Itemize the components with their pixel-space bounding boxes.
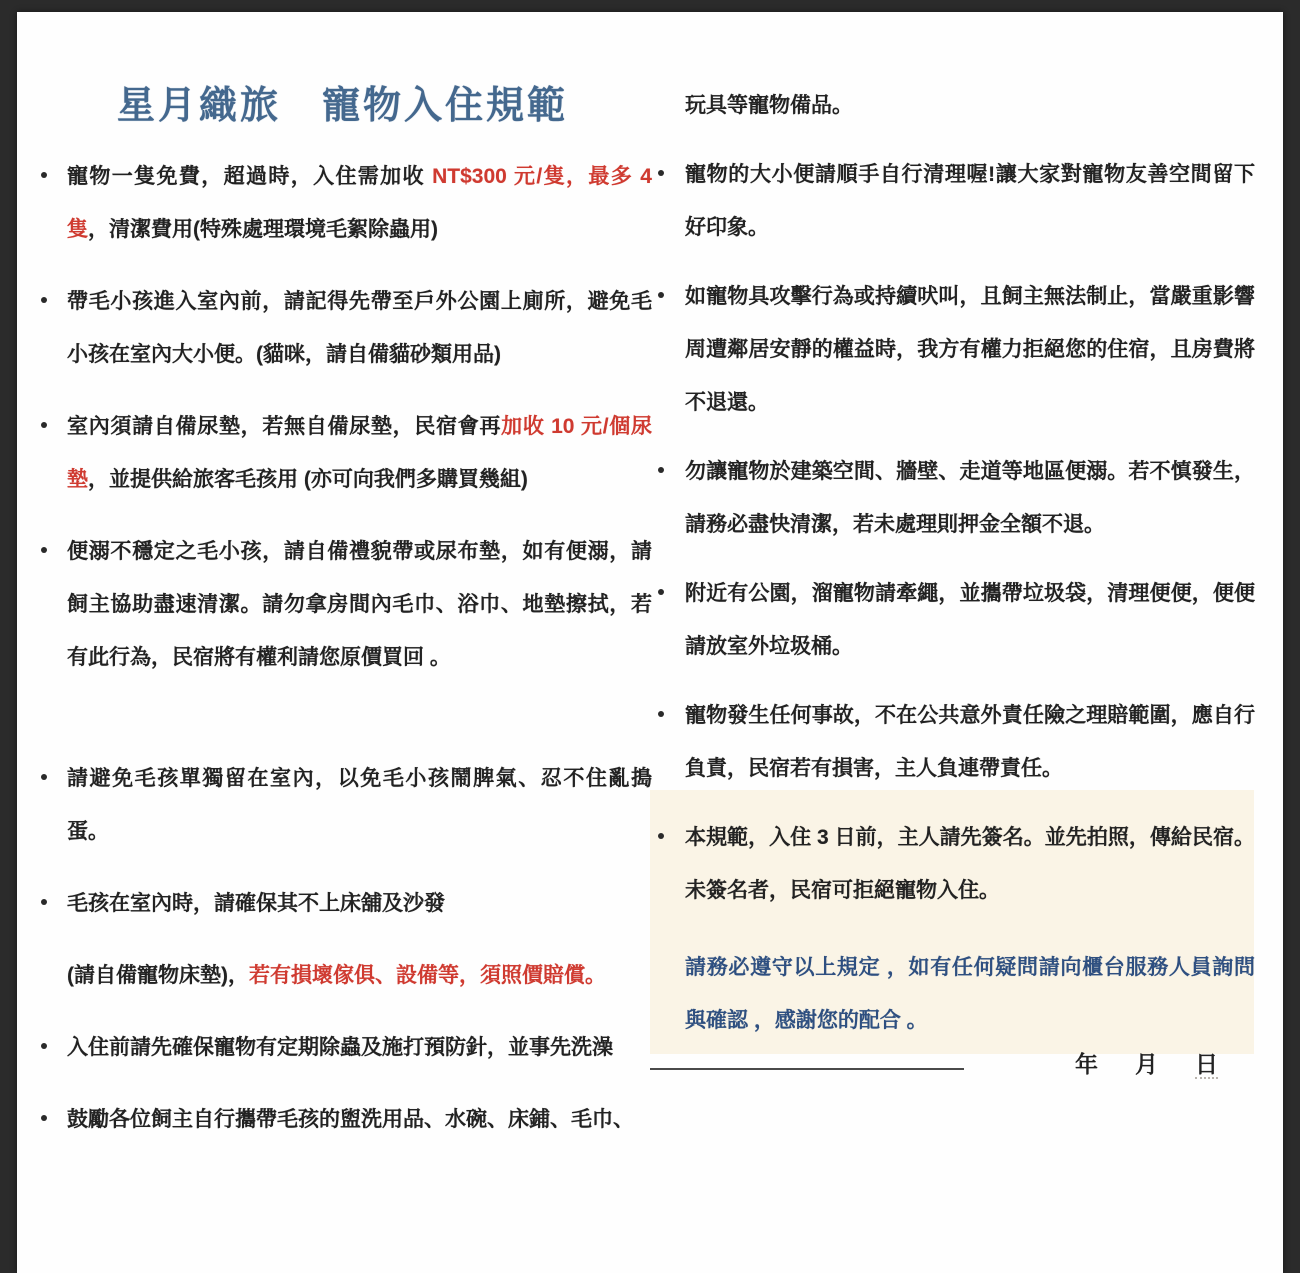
bullet-dot [41, 899, 47, 905]
rule-item-no-soiling-premises: 勿讓寵物於建築空間、牆壁、走道等地區便溺。若不慎發生，請務必盡快清潔，若未處理則… [638, 445, 1257, 551]
rule-text: 室內須請自備尿墊，若無自備尿墊，民宿會再加收 10 元/個尿墊，並提供給旅客毛孩… [67, 400, 652, 506]
rule-text-plain: ，清潔費用(特殊處理環境毛絮除蟲用) [88, 218, 438, 241]
rule-text-plain: (請自備寵物床墊)， [67, 964, 249, 987]
rule-text-plain: 室內須請自備尿墊，若無自備尿墊，民宿會再 [67, 415, 501, 438]
bullet-dot [658, 292, 664, 298]
compliance-notice: 請務必遵守以上規定 ，如有任何疑問請向櫃台服務人員詢問與確認 ，感謝您的配合 。 [685, 941, 1255, 1047]
rule-text: 玩具等寵物備品。 [685, 79, 1255, 132]
rule-text: 入住前請先確保寵物有定期除蟲及施打預防針，並事先洗澡 [67, 1021, 652, 1074]
rule-text-plain: 毛孩在室內時，請確保其不上床舖及沙發 [67, 892, 445, 915]
rule-text: 毛孩在室內時，請確保其不上床舖及沙發 [67, 877, 652, 930]
rule-item-sign-before-checkin: 本規範，入住 3 日前，主人請先簽名。並先拍照，傳給民宿。未簽名者，民宿可拒絕寵… [638, 811, 1257, 917]
bullet-dot [658, 711, 664, 717]
bullet-dot [41, 297, 47, 303]
rule-text: 鼓勵各位飼主自行攜帶毛孩的盥洗用品、水碗、床鋪、毛巾、 [67, 1093, 652, 1146]
rule-item-accident-cleanup: 便溺不穩定之毛小孩，請自備禮貌帶或尿布墊，如有便溺，請飼主協助盡速清潔。請勿拿房… [35, 525, 652, 684]
rule-text: 本規範，入住 3 日前，主人請先簽名。並先拍照，傳給民宿。未簽名者，民宿可拒絕寵… [685, 811, 1255, 917]
rule-text-plain: 鼓勵各位飼主自行攜帶毛孩的盥洗用品、水碗、床鋪、毛巾、 [67, 1108, 634, 1131]
rule-item-pee-pad-fee: 室內須請自備尿墊，若無自備尿墊，民宿會再加收 10 元/個尿墊，並提供給旅客毛孩… [35, 400, 652, 506]
rule-text-plain: 勿讓寵物於建築空間、牆壁、走道等地區便溺。若不慎發生，請務必盡快清潔，若未處理則… [685, 460, 1255, 536]
rule-text-plain: 寵物一隻免費，超過時，入住需加收 [67, 165, 432, 188]
rule-text-plain: 玩具等寵物備品。 [685, 94, 853, 117]
rule-item-damage-compensation: (請自備寵物床墊)，若有損壞傢俱、設備等，須照價賠償。 [35, 949, 652, 1002]
rule-item-vaccination-bath: 入住前請先確保寵物有定期除蟲及施打預防針，並事先洗澡 [35, 1021, 652, 1074]
rule-text-plain: 便溺不穩定之毛小孩，請自備禮貌帶或尿布墊，如有便溺，請飼主協助盡速清潔。請勿拿房… [67, 540, 652, 669]
rule-text-plain: 如寵物具攻擊行為或持續吠叫，且飼主無法制止，當嚴重影響周遭鄰居安靜的權益時，我方… [685, 285, 1255, 414]
bullet-dot [41, 1043, 47, 1049]
bullet-dot [658, 589, 664, 595]
rule-text-plain: 請避免毛孩單獨留在室內，以免毛小孩鬧脾氣、忍不住亂搗蛋。 [67, 767, 652, 843]
rule-text-emphasis: 若有損壞傢俱、設備等，須照價賠償。 [249, 964, 606, 987]
rule-text-plain: 附近有公園，溜寵物請牽繩，並攜帶垃圾袋，清理便便，便便請放室外垃圾桶。 [685, 582, 1255, 658]
rule-text: 便溺不穩定之毛小孩，請自備禮貌帶或尿布墊，如有便溺，請飼主協助盡速清潔。請勿拿房… [67, 525, 652, 684]
rule-text: 勿讓寵物於建築空間、牆壁、走道等地區便溺。若不慎發生，請務必盡快清潔，若未處理則… [685, 445, 1255, 551]
rule-text: 寵物的大小便請順手自行清理喔!讓大家對寵物友善空間留下好印象。 [685, 148, 1255, 254]
rule-text: 寵物發生任何事故，不在公共意外責任險之理賠範圍，應自行負責，民宿若有損害，主人負… [685, 689, 1255, 795]
bullet-dot [658, 170, 664, 176]
rule-text: 帶毛小孩進入室內前，請記得先帶至戶外公園上廁所，避免毛小孩在室內大小便。(貓咪，… [67, 275, 652, 381]
document-page: 星月織旅 寵物入住規範 寵物一隻免費，超過時，入住需加收 NT$300 元/隻，… [17, 12, 1283, 1273]
rule-item-supplies-continuation: 玩具等寵物備品。 [638, 79, 1257, 132]
date-month-label: 月 [1135, 1051, 1158, 1077]
bullet-dot [41, 1115, 47, 1121]
rule-item-aggressive-behavior: 如寵物具攻擊行為或持續吠叫，且飼主無法制止，當嚴重影響周遭鄰居安靜的權益時，我方… [638, 270, 1257, 429]
rule-text: 如寵物具攻擊行為或持續吠叫，且飼主無法制止，當嚴重影響周遭鄰居安靜的權益時，我方… [685, 270, 1255, 429]
rule-text-plain: 寵物的大小便請順手自行清理喔!讓大家對寵物友善空間留下好印象。 [685, 163, 1255, 239]
signature-line [650, 1044, 964, 1070]
page-title: 星月織旅 寵物入住規範 [117, 74, 568, 129]
bullet-dot [658, 833, 664, 839]
rule-text: (請自備寵物床墊)，若有損壞傢俱、設備等，須照價賠償。 [67, 949, 652, 1002]
rule-text: 寵物一隻免費，超過時，入住需加收 NT$300 元/隻，最多 4 隻，清潔費用(… [67, 150, 652, 256]
rule-text-plain: 本規範，入住 3 日前，主人請先簽名。並先拍照，傳給民宿。未簽名者，民宿可拒絕寵… [685, 826, 1255, 902]
right-column: 玩具等寵物備品。 寵物的大小便請順手自行清理喔!讓大家對寵物友善空間留下好印象。… [638, 79, 1257, 933]
rule-text: 附近有公園，溜寵物請牽繩，並攜帶垃圾袋，清理便便，便便請放室外垃圾桶。 [685, 567, 1255, 673]
rule-item-leash-park: 附近有公園，溜寵物請牽繩，並攜帶垃圾袋，清理便便，便便請放室外垃圾桶。 [638, 567, 1257, 673]
date-year-label: 年 [1075, 1051, 1098, 1077]
rule-item-outdoor-toilet: 帶毛小孩進入室內前，請記得先帶至戶外公園上廁所，避免毛小孩在室內大小便。(貓咪，… [35, 275, 652, 381]
bullet-dot [41, 547, 47, 553]
rule-text-plain: ，並提供給旅客毛孩用 (亦可向我們多購買幾組) [88, 468, 528, 491]
rule-item-liability: 寵物發生任何事故，不在公共意外責任險之理賠範圍，應自行負責，民宿若有損害，主人負… [638, 689, 1257, 795]
rule-item-no-bed-sofa: 毛孩在室內時，請確保其不上床舖及沙發 [35, 877, 652, 930]
bullet-dot [41, 774, 47, 780]
compliance-notice-text: 請務必遵守以上規定 ，如有任何疑問請向櫃台服務人員詢問與確認 ，感謝您的配合 。 [685, 941, 1255, 1047]
rule-item-cleanup-waste: 寵物的大小便請順手自行清理喔!讓大家對寵物友善空間留下好印象。 [638, 148, 1257, 254]
rule-text-plain: 寵物發生任何事故，不在公共意外責任險之理賠範圍，應自行負責，民宿若有損害，主人負… [685, 704, 1255, 780]
rule-text-plain: 入住前請先確保寵物有定期除蟲及施打預防針，並事先洗澡 [67, 1036, 613, 1059]
rule-text: 請避免毛孩單獨留在室內，以免毛小孩鬧脾氣、忍不住亂搗蛋。 [67, 752, 652, 858]
date-day-label: 日 [1195, 1051, 1218, 1079]
left-column: 寵物一隻免費，超過時，入住需加收 NT$300 元/隻，最多 4 隻，清潔費用(… [35, 150, 652, 1165]
rule-item-bring-supplies: 鼓勵各位飼主自行攜帶毛孩的盥洗用品、水碗、床鋪、毛巾、 [35, 1093, 652, 1146]
rule-item-no-pet-alone: 請避免毛孩單獨留在室內，以免毛小孩鬧脾氣、忍不住亂搗蛋。 [35, 752, 652, 858]
rule-text-plain: 帶毛小孩進入室內前，請記得先帶至戶外公園上廁所，避免毛小孩在室內大小便。(貓咪，… [67, 290, 652, 366]
bullet-dot [41, 172, 47, 178]
rule-item-extra-pet-fee: 寵物一隻免費，超過時，入住需加收 NT$300 元/隻，最多 4 隻，清潔費用(… [35, 150, 652, 256]
bullet-dot [658, 467, 664, 473]
date-fields: 年月日 [1075, 1046, 1218, 1079]
bullet-dot [41, 422, 47, 428]
